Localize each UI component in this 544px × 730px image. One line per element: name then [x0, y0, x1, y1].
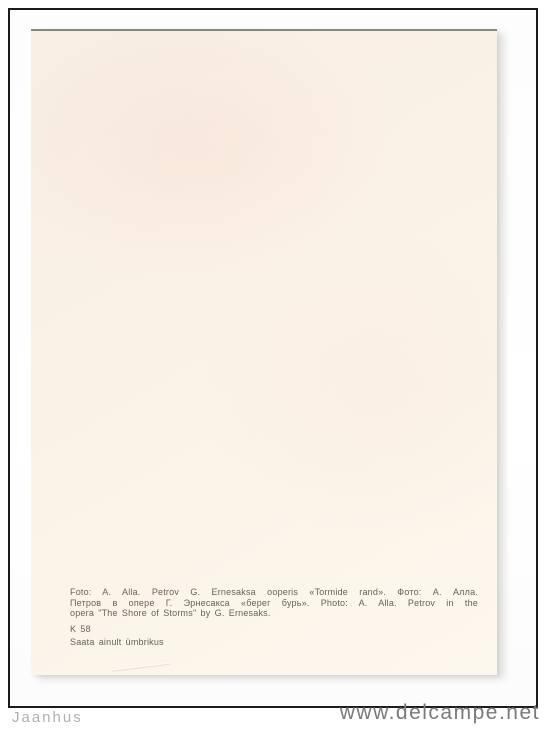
caption-line-1: Foto: A. Alla. Petrov G. Ernesaksa ooper… — [70, 587, 478, 598]
postcard-back: Foto: A. Alla. Petrov G. Ernesaksa ooper… — [31, 29, 497, 675]
caption-line-3: opera "The Shore of Storms" by G. Ernesa… — [70, 608, 478, 619]
scan-border-frame: Foto: A. Alla. Petrov G. Ernesaksa ooper… — [8, 8, 538, 708]
print-code: K 58 — [70, 624, 478, 635]
website-watermark: www.delcampe.net — [340, 701, 540, 725]
caption-line-2: Петров в опере Г. Эрнесакса «берег бурь»… — [70, 598, 478, 609]
mailing-note: Saata ainult ümbrikus — [70, 637, 478, 648]
caption-block: Foto: A. Alla. Petrov G. Ernesaksa ooper… — [70, 587, 478, 648]
seller-watermark: Jaanhus — [12, 709, 83, 726]
paper-crease — [111, 662, 171, 670]
